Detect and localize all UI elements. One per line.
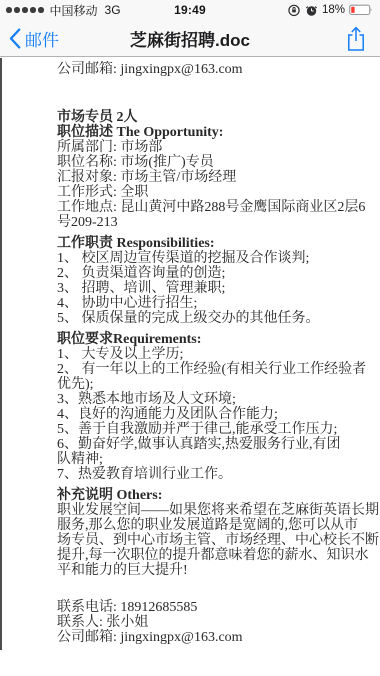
- doc-section: 补充说明 Others:职业发展空间——如果您将来希望在芝麻街英语长期服务,那么…: [57, 488, 362, 578]
- status-bar: 中国移动 3G 19:49 18%: [0, 0, 380, 20]
- doc-line: 所属部门: 市场部: [57, 140, 362, 155]
- signal-dot: [30, 7, 36, 13]
- doc-line: 服务,那么您的职业发展道路是宽阔的,您可以从市: [57, 518, 362, 533]
- doc-line: 号209-213: [57, 215, 362, 230]
- doc-line: 公司邮箱: jingxingpx@163.com: [57, 630, 362, 645]
- doc-line: 工作形式: 全职: [57, 185, 362, 200]
- doc-line: 1、 大专及以上学历;: [57, 347, 362, 362]
- doc-section: 联系电话: 18912685585联系人: 张小姐公司邮箱: jingxingp…: [57, 600, 362, 645]
- document-page-edge: [0, 58, 2, 650]
- doc-line: 汇报对象: 市场主管/市场经理: [57, 170, 362, 185]
- signal-dot: [6, 7, 12, 13]
- doc-line: 工作职责 Responsibilities:: [57, 236, 362, 251]
- doc-line: 6、勤奋好学,做事认真踏实,热爱服务行业,有团: [57, 437, 362, 452]
- doc-line: 联系电话: 18912685585: [57, 600, 362, 615]
- doc-line: 职业发展空间——如果您将来希望在芝麻街英语长期: [57, 503, 362, 518]
- doc-line: 5、善于自我激励并严于律己,能承受工作压力;: [57, 422, 362, 437]
- chevron-left-icon: [9, 28, 21, 49]
- doc-line: 4、良好的沟通能力及团队合作能力;: [57, 407, 362, 422]
- doc-line: 3、熟悉本地市场及人文环境;: [57, 392, 362, 407]
- doc-line: 1、 校区周边宣传渠道的挖掘及合作谈判;: [57, 251, 362, 266]
- signal-strength-icon: [6, 7, 44, 13]
- clock-label: 19:49: [174, 3, 206, 17]
- doc-line: 3、 招聘、培训、管理兼职;: [57, 281, 362, 296]
- doc-line: 公司邮箱: jingxingpx@163.com: [57, 62, 362, 77]
- network-type-label: 3G: [105, 3, 121, 17]
- back-button[interactable]: 邮件: [0, 26, 59, 51]
- signal-dot: [14, 7, 20, 13]
- carrier-label: 中国移动: [50, 2, 98, 19]
- nav-bar: 邮件 芝麻街招聘.doc: [0, 20, 380, 57]
- doc-line: 职位名称: 市场(推广)专员: [57, 155, 362, 170]
- doc-line: 2、 负责渠道咨询量的创造;: [57, 266, 362, 281]
- doc-section: 市场专员 2人职位描述 The Opportunity:所属部门: 市场部职位名…: [57, 110, 362, 230]
- doc-line: 补充说明 Others:: [57, 488, 362, 503]
- doc-line: 市场专员 2人: [57, 110, 362, 125]
- battery-percent-label: 18%: [322, 4, 345, 16]
- doc-line: 提升,每一次职位的提升都意味着您的薪水、知识水: [57, 548, 362, 563]
- doc-line: 场专员、到中心市场主管、市场经理、中心校长不断: [57, 533, 362, 548]
- battery-icon: [349, 4, 374, 16]
- doc-line: 队精神;: [57, 452, 362, 467]
- alarm-icon: [305, 4, 318, 17]
- doc-section: 职位要求Requirements:1、 大专及以上学历;2、 有一年以上的工作经…: [57, 332, 362, 482]
- doc-line: 平和能力的巨大提升!: [57, 563, 362, 578]
- doc-line: 工作地点: 昆山黄河中路288号金鹰国际商业区2层6: [57, 200, 362, 215]
- orientation-lock-icon: [287, 3, 301, 17]
- signal-dot: [22, 7, 28, 13]
- signal-dot: [38, 7, 44, 13]
- share-button[interactable]: [345, 25, 367, 53]
- doc-section: 公司邮箱: jingxingpx@163.com: [57, 62, 362, 77]
- doc-line: 4、 协助中心进行招生;: [57, 296, 362, 311]
- doc-line: 优先);: [57, 377, 362, 392]
- doc-line: 职位要求Requirements:: [57, 332, 362, 347]
- doc-line: 5、 保质保量的完成上级交办的其他任务。: [57, 311, 362, 326]
- share-icon: [345, 25, 367, 53]
- status-left: 中国移动 3G: [6, 2, 174, 19]
- doc-line: 职位描述 The Opportunity:: [57, 125, 362, 140]
- status-right: 18%: [206, 3, 374, 17]
- doc-line: 2、 有一年以上的工作经验(有相关行业工作经验者: [57, 362, 362, 377]
- document-scroll-area[interactable]: 公司邮箱: jingxingpx@163.com市场专员 2人职位描述 The …: [0, 58, 380, 676]
- doc-line: 联系人: 张小姐: [57, 615, 362, 630]
- doc-section: 工作职责 Responsibilities:1、 校区周边宣传渠道的挖掘及合作谈…: [57, 236, 362, 326]
- back-button-label: 邮件: [25, 26, 59, 51]
- page-title: 芝麻街招聘.doc: [70, 26, 310, 51]
- doc-line: 7、热爱教育培训行业工作。: [57, 467, 362, 482]
